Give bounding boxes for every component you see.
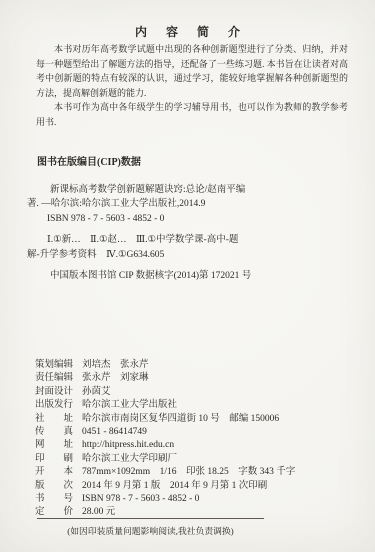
cip-title-line-1: 新课标高考数学创新题解题诀窍:总论/赵南平编 xyxy=(50,183,375,198)
colophon-row-publisher: 出版发行哈尔滨工业大学出版社 xyxy=(35,399,295,412)
colophon-row-address: 社址哈尔滨市南岗区复华四道街 10 号 邮编 150006 xyxy=(35,413,295,426)
row-label: 出版发行 xyxy=(35,399,73,412)
intro-paragraph-2: 本书可作为高中各年级学生的学习辅导用书，也可以作为教师的教学参考用书. xyxy=(36,100,348,129)
cip-classification-line-2: 解-升学参考资料 Ⅳ.①G634.605 xyxy=(27,248,375,263)
colophon-row-book-number: 书号ISBN 978 - 7 - 5603 - 4852 - 0 xyxy=(35,493,295,506)
cip-record-number: 中国版本图书馆 CIP 数据核字(2014)第 172021 号 xyxy=(50,269,375,284)
row-value: 张永芹 刘家琳 xyxy=(82,373,149,383)
row-label: 传真 xyxy=(35,426,73,439)
quality-exchange-note: (如因印装质量问题影响阅读,我社负责调换) xyxy=(37,524,264,537)
colophon-row-fax: 传真0451 - 86414749 xyxy=(35,426,295,439)
cip-classification-line-1: Ⅰ.①新… Ⅱ.①赵… Ⅲ.①中学数学课-高中-题 xyxy=(47,233,375,248)
colophon-row-planning-editor: 策划编辑刘培杰 张永芹 xyxy=(35,359,295,372)
colophon-row-edition: 版次2014 年 9 月第 1 版 2014 年 9 月第 1 次印刷 xyxy=(35,480,295,493)
row-value: 787mm×1092mm 1/16 印张 18.25 字数 343 千字 xyxy=(82,467,295,477)
row-value: ISBN 978 - 7 - 5603 - 4852 - 0 xyxy=(82,494,199,504)
row-label: 责任编辑 xyxy=(35,372,73,385)
colophon-row-format: 开本787mm×1092mm 1/16 印张 18.25 字数 343 千字 xyxy=(35,466,295,479)
row-label: 版次 xyxy=(35,480,73,493)
colophon-row-printer: 印刷哈尔滨工业大学印刷厂 xyxy=(35,453,295,466)
row-value: 2014 年 9 月第 1 版 2014 年 9 月第 1 次印刷 xyxy=(82,481,267,491)
footer-divider xyxy=(37,518,264,519)
colophon-block: 策划编辑刘培杰 张永芹 责任编辑张永芹 刘家琳 封面设计孙茵艾 出版发行哈尔滨工… xyxy=(35,359,295,520)
cip-block: 图书在版编目(CIP)数据 新课标高考数学创新题解题诀窍:总论/赵南平编 著. … xyxy=(0,156,375,284)
row-label: 书号 xyxy=(35,493,73,506)
intro-body: 本书对历年高考数学试题中出现的各种创新题型进行了分类、归纳，并对每一种题型给出了… xyxy=(36,42,348,130)
row-label: 社址 xyxy=(35,413,73,426)
cip-heading: 图书在版编目(CIP)数据 xyxy=(37,156,375,171)
intro-heading: 内 容 简 介 xyxy=(0,23,375,40)
row-value: 哈尔滨工业大学出版社 xyxy=(82,400,177,410)
row-value: 0451 - 86414749 xyxy=(82,427,147,437)
copyright-page: 内 容 简 介 本书对历年高考数学试题中出现的各种创新题型进行了分类、归纳，并对… xyxy=(0,0,375,552)
cip-title-line-2: 著. —哈尔滨:哈尔滨工业大学出版社,2014.9 xyxy=(27,197,375,212)
row-label: 开本 xyxy=(35,466,73,479)
row-label: 封面设计 xyxy=(35,386,73,399)
intro-paragraph-1: 本书对历年高考数学试题中出现的各种创新题型进行了分类、归纳，并对每一种题型给出了… xyxy=(36,42,348,100)
row-value: 刘培杰 张永芹 xyxy=(82,360,149,370)
colophon-row-responsible-editor: 责任编辑张永芹 刘家琳 xyxy=(35,372,295,385)
website-url: http://hitpress.hit.edu.cn xyxy=(82,440,174,450)
row-value: 哈尔滨工业大学印刷厂 xyxy=(82,454,177,464)
colophon-row-website: 网址http://hitpress.hit.edu.cn xyxy=(35,439,295,452)
row-value: 28.00 元 xyxy=(82,507,115,517)
colophon-row-cover-design: 封面设计孙茵艾 xyxy=(35,386,295,399)
row-value: 孙茵艾 xyxy=(82,387,111,397)
cip-isbn-line: ISBN 978 - 7 - 5603 - 4852 - 0 xyxy=(47,212,375,227)
row-label: 策划编辑 xyxy=(35,359,73,372)
row-value: 哈尔滨市南岗区复华四道街 10 号 邮编 150006 xyxy=(82,414,279,424)
row-label: 印刷 xyxy=(35,453,73,466)
row-label: 网址 xyxy=(35,439,73,452)
